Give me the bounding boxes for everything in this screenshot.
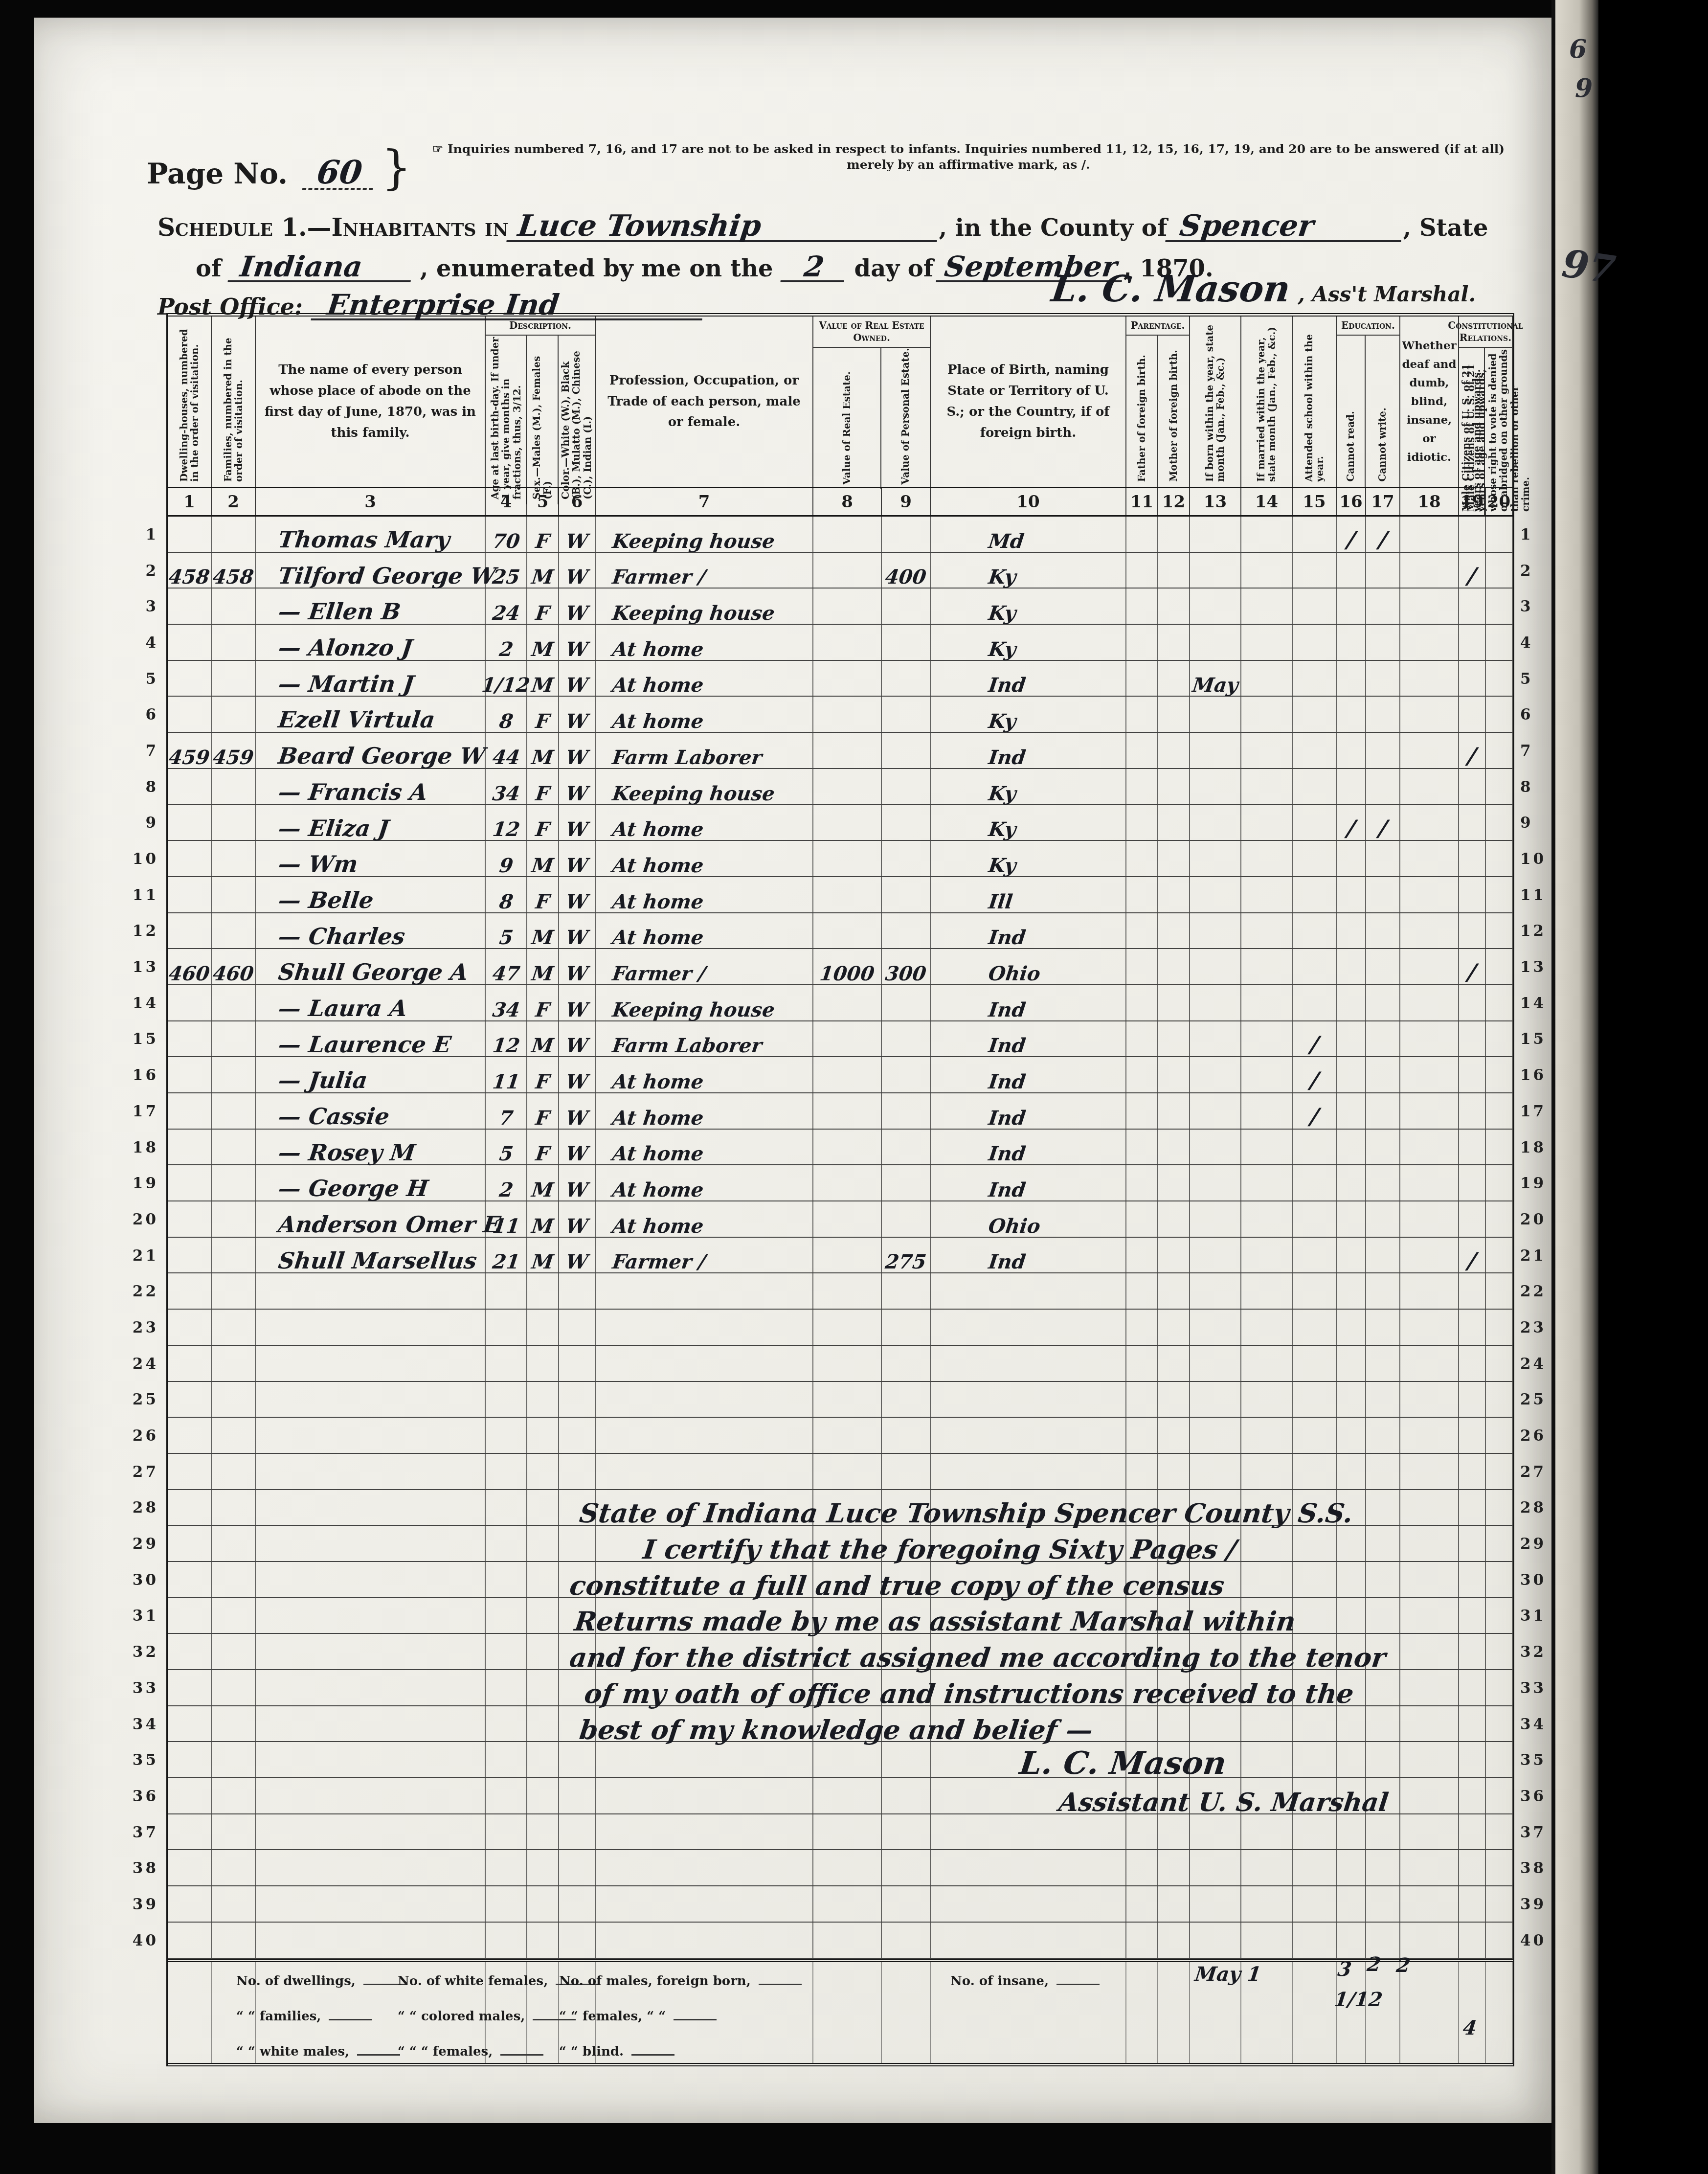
cell-r4-c8 (813, 625, 882, 660)
row-number-right-10: 10 (1517, 841, 1549, 877)
row-number-right-9: 9 (1517, 805, 1549, 841)
entry-value: / (1377, 818, 1388, 839)
cell-r36-c1 (168, 1778, 212, 1813)
entry-value: — George H (277, 1178, 429, 1200)
entry-value: At home (611, 676, 705, 695)
cell-r10-c4: 9 (486, 841, 527, 876)
cell-r19-c11 (1126, 1165, 1158, 1200)
cell-r11-c11 (1126, 877, 1158, 912)
table-row (168, 1273, 1513, 1310)
cell-r4-c20 (1486, 625, 1513, 660)
cell-r40-c13 (1190, 1923, 1241, 1958)
entry-value: 5 (498, 928, 514, 947)
cell-r26-c18 (1400, 1418, 1459, 1453)
cell-r6-c20 (1486, 697, 1513, 732)
edge-mark-97: 97 (1559, 241, 1618, 293)
cell-r5-c18 (1400, 661, 1459, 696)
cell-r2-c2: 458 (212, 553, 256, 588)
column-header-label: Value of Real Estate. (841, 371, 852, 485)
column-number-13: 13 (1190, 488, 1241, 515)
cell-r1-c1 (168, 517, 212, 552)
cell-r22-c14 (1241, 1273, 1293, 1309)
cell-r26-c8 (813, 1418, 882, 1453)
entry-value: W (565, 676, 589, 695)
entry-value: 460 (168, 965, 211, 983)
row-number-right-13: 13 (1517, 949, 1549, 985)
cell-r12-c8 (813, 913, 882, 949)
cell-r12-c18 (1400, 913, 1459, 949)
column-group-parentage: Parentage.Father of foreign birth.Mother… (1126, 317, 1190, 487)
column-header-7: Profession, Occupation, or Trade of each… (596, 317, 813, 487)
cell-r26-c15 (1293, 1418, 1337, 1453)
row-number-left-29: 29 (131, 1526, 162, 1562)
entry-value: 44 (491, 748, 520, 767)
cell-r17-c11 (1126, 1093, 1158, 1129)
cell-r1-c4: 70 (486, 517, 527, 552)
entry-value: / (1466, 746, 1477, 767)
row-number-left-39: 39 (131, 1886, 162, 1923)
cell-r23-c9 (882, 1310, 931, 1345)
cell-r13-c8: 1000 (813, 949, 882, 984)
cell-r39-c8 (813, 1886, 882, 1922)
entry-value: M (531, 1037, 555, 1055)
row-number-right-21: 21 (1517, 1238, 1549, 1274)
cell-r26-c20 (1486, 1418, 1513, 1453)
cell-r25-c20 (1486, 1382, 1513, 1417)
cell-r10-c12 (1158, 841, 1190, 876)
cell-r8-c17 (1366, 769, 1400, 804)
entry-value: F (535, 532, 551, 551)
cell-r2-c18 (1400, 553, 1459, 588)
cell-r19-c13 (1190, 1165, 1241, 1200)
cell-r20-c19 (1459, 1201, 1486, 1237)
table-row: — George H2MWAt homeInd (168, 1165, 1513, 1201)
entry-value: / (1466, 962, 1477, 983)
row-number-right-12: 12 (1517, 913, 1549, 950)
column-number-10: 10 (931, 488, 1126, 515)
cell-r12-c15 (1293, 913, 1337, 949)
cell-r23-c15 (1293, 1310, 1337, 1345)
table-row: — Francis A34FWKeeping houseKy (168, 769, 1513, 805)
entry-value: At home (611, 820, 705, 839)
entry-value: At home (611, 1109, 705, 1128)
table-row (168, 1886, 1513, 1923)
cell-r28-c3 (256, 1490, 486, 1525)
cell-r25-c2 (212, 1382, 256, 1417)
entry-value: W (565, 893, 589, 911)
cell-r37-c12 (1158, 1814, 1190, 1850)
entry-value: — Belle (277, 890, 375, 911)
cell-r7-c8 (813, 733, 882, 768)
cell-r9-c20 (1486, 805, 1513, 840)
cell-r18-c9 (882, 1130, 931, 1165)
column-header-label: Color.—White (W.), Black (B.), Mulatto (… (560, 336, 593, 499)
notice-line2: merely by an affirmative mark, as /. (430, 158, 1506, 172)
entry-value: At home (611, 928, 705, 947)
cell-r39-c18 (1400, 1886, 1459, 1922)
cell-r38-c3 (256, 1850, 486, 1885)
table-row: Anderson Omer E11MWAt homeOhio (168, 1201, 1513, 1238)
entry-value: W (565, 1073, 589, 1091)
table-row (168, 1454, 1513, 1490)
row-number-left-6: 6 (131, 697, 162, 733)
cell-r39-c14 (1241, 1886, 1293, 1922)
brace: } (382, 140, 411, 195)
cell-r21-c13 (1190, 1238, 1241, 1273)
cell-r13-c13 (1190, 949, 1241, 984)
table-row: Shull Marsellus21MWFarmer /275Ind/ (168, 1238, 1513, 1274)
column-number-11: 11 (1126, 488, 1158, 515)
cell-r23-c19 (1459, 1310, 1486, 1345)
cell-r38-c1 (168, 1850, 212, 1885)
cell-r5-c14 (1241, 661, 1293, 696)
column-number-7: 7 (596, 488, 813, 515)
cell-r3-c11 (1126, 589, 1158, 624)
cell-r9-c12 (1158, 805, 1190, 840)
column-header-20: Male Citizens of U. S. of 21 years of ag… (1485, 348, 1512, 517)
cell-r16-c19 (1459, 1057, 1486, 1092)
column-header-label: Cannot write. (1377, 408, 1388, 482)
cell-r7-c20 (1486, 733, 1513, 768)
cell-r13-c16 (1337, 949, 1366, 984)
cell-r22-c3 (256, 1273, 486, 1309)
row-number-left-22: 22 (131, 1273, 162, 1310)
entry-value: Ky (988, 820, 1017, 839)
cell-r24-c12 (1158, 1346, 1190, 1381)
row-number-right-2: 2 (1517, 553, 1549, 589)
cell-r12-c20 (1486, 913, 1513, 949)
cell-r16-c5: F (527, 1057, 559, 1092)
cell-r35-c2 (212, 1742, 256, 1777)
cell-r19-c8 (813, 1165, 882, 1200)
entry-value: Keeping house (611, 785, 776, 803)
cell-r10-c10: Ky (931, 841, 1126, 876)
cell-r12-c11 (1126, 913, 1158, 949)
cell-r17-c12 (1158, 1093, 1190, 1129)
cell-r14-c8 (813, 985, 882, 1020)
cell-r14-c11 (1126, 985, 1158, 1020)
row-number-left-1: 1 (131, 517, 162, 553)
cell-r8-c2 (212, 769, 256, 804)
cell-r17-c6: W (559, 1093, 596, 1129)
column-group-label: Value of Real Estate Owned. (813, 317, 930, 348)
entry-value: 5 (498, 1145, 514, 1163)
certification-text: best of my knowledge and belief — (578, 1718, 1094, 1743)
cell-r15-c3: — Laurence E (256, 1021, 486, 1057)
entry-value: / (1377, 529, 1388, 551)
cell-r15-c19 (1459, 1021, 1486, 1057)
cell-r21-c12 (1158, 1238, 1190, 1273)
row-number-left-2: 2 (131, 553, 162, 589)
column-header-label: Attended school within the year. (1303, 318, 1326, 482)
cell-r34-c4 (486, 1706, 527, 1742)
footer-cell-c17 (1366, 1962, 1400, 2063)
cell-r20-c1 (168, 1201, 212, 1237)
cell-r6-c3: Ezell Virtula (256, 697, 486, 732)
footer-label: “ “ white males, (236, 2044, 400, 2059)
entry-value: / (1309, 1106, 1320, 1128)
row-number-left-12: 12 (131, 913, 162, 950)
cell-r4-c3: — Alonzo J (256, 625, 486, 660)
cell-r40-c14 (1241, 1923, 1293, 1958)
edge-mark-6: 6 (1569, 34, 1587, 64)
cell-r15-c13 (1190, 1021, 1241, 1057)
cell-r19-c14 (1241, 1165, 1293, 1200)
cell-r40-c3 (256, 1923, 486, 1958)
cell-r40-c1 (168, 1923, 212, 1958)
cell-r37-c8 (813, 1814, 882, 1850)
cell-r25-c13 (1190, 1382, 1241, 1417)
cell-r20-c16 (1337, 1201, 1366, 1237)
cell-r39-c20 (1486, 1886, 1513, 1922)
cell-r1-c19 (1459, 517, 1486, 552)
cell-r10-c13 (1190, 841, 1241, 876)
cell-r21-c19: / (1459, 1238, 1486, 1273)
cell-r23-c18 (1400, 1310, 1459, 1345)
cell-r12-c4: 5 (486, 913, 527, 949)
cell-r19-c5: M (527, 1165, 559, 1200)
entry-value: / (1346, 818, 1356, 839)
cell-r25-c15 (1293, 1382, 1337, 1417)
cell-r24-c6 (559, 1346, 596, 1381)
cell-r23-c3 (256, 1310, 486, 1345)
cell-r10-c11 (1126, 841, 1158, 876)
entry-value: 458 (168, 568, 211, 587)
cell-r8-c5: F (527, 769, 559, 804)
cell-r37-c9 (882, 1814, 931, 1850)
cell-r17-c13 (1190, 1093, 1241, 1129)
row-number-left-27: 27 (131, 1454, 162, 1490)
table-row (168, 1310, 1513, 1346)
cell-r38-c5 (527, 1850, 559, 1885)
cell-r39-c16 (1337, 1886, 1366, 1922)
cell-r6-c6: W (559, 697, 596, 732)
cell-r1-c18 (1400, 517, 1459, 552)
cell-r37-c14 (1241, 1814, 1293, 1850)
entry-value: Ind (988, 748, 1027, 767)
cell-r21-c18 (1400, 1238, 1459, 1273)
footer-blank-line (631, 2051, 674, 2056)
row-number-right-18: 18 (1517, 1130, 1549, 1166)
cell-r38-c11 (1126, 1850, 1158, 1885)
cell-r14-c17 (1366, 985, 1400, 1020)
cell-r11-c17 (1366, 877, 1400, 912)
column-group-subcolumns: Age at last birth-day. If under 1 year, … (486, 336, 595, 504)
entry-value: At home (611, 857, 705, 875)
column-header-label: Cannot read. (1345, 411, 1356, 482)
cell-r3-c10: Ky (931, 589, 1126, 624)
row-number-left-8: 8 (131, 769, 162, 805)
cell-r3-c2 (212, 589, 256, 624)
row-number-right-26: 26 (1517, 1418, 1549, 1454)
cell-r1-c13 (1190, 517, 1241, 552)
cell-r17-c19 (1459, 1093, 1486, 1129)
cell-r16-c6: W (559, 1057, 596, 1092)
entry-value: 8 (498, 712, 514, 731)
entry-value: Keeping house (611, 532, 776, 551)
cell-r34-c2 (212, 1706, 256, 1742)
cell-r1-c17: / (1366, 517, 1400, 552)
cell-r12-c10: Ind (931, 913, 1126, 949)
cell-r8-c3: — Francis A (256, 769, 486, 804)
certification-text: of my oath of office and instructions re… (583, 1681, 1355, 1706)
footer-cell-c18 (1400, 1962, 1459, 2063)
cell-r3-c12 (1158, 589, 1190, 624)
cell-r1-c6: W (559, 517, 596, 552)
entry-value: M (531, 676, 555, 695)
cell-r10-c14 (1241, 841, 1293, 876)
cell-r40-c16 (1337, 1923, 1366, 1958)
cell-r1-c16: / (1337, 517, 1366, 552)
cell-r22-c12 (1158, 1273, 1190, 1309)
cell-r6-c9 (882, 697, 931, 732)
cell-r9-c14 (1241, 805, 1293, 840)
cell-r27-c20 (1486, 1454, 1513, 1489)
cell-r17-c17 (1366, 1093, 1400, 1129)
cell-r32-c2 (212, 1634, 256, 1669)
cell-r19-c15 (1293, 1165, 1337, 1200)
cell-r5-c15 (1293, 661, 1337, 696)
cell-r17-c15: / (1293, 1093, 1337, 1129)
table-row: — Alonzo J2MWAt homeKy (168, 625, 1513, 661)
cell-r38-c4 (486, 1850, 527, 1885)
cell-r7-c15 (1293, 733, 1337, 768)
cell-r20-c10: Ohio (931, 1201, 1126, 1237)
entry-value: At home (611, 712, 705, 731)
cell-r6-c18 (1400, 697, 1459, 732)
cell-r24-c20 (1486, 1346, 1513, 1381)
entry-value: / (1346, 529, 1356, 551)
cell-r24-c3 (256, 1346, 486, 1381)
certification-line: Returns made by me as assistant Marshal … (570, 1598, 1548, 1634)
cell-r7-c13 (1190, 733, 1241, 768)
cell-r14-c1 (168, 985, 212, 1020)
cell-r16-c1 (168, 1057, 212, 1092)
cell-r24-c17 (1366, 1346, 1400, 1381)
line2-mid: , enumerated by me on the (420, 255, 773, 282)
table-row: — Rosey M5FWAt homeInd (168, 1130, 1513, 1166)
cell-r20-c14 (1241, 1201, 1293, 1237)
cell-r25-c9 (882, 1382, 931, 1417)
cell-r4-c18 (1400, 625, 1459, 660)
cell-r22-c11 (1126, 1273, 1158, 1309)
cell-r1-c15 (1293, 517, 1337, 552)
cell-r5-c2 (212, 661, 256, 696)
row-number-left-10: 10 (131, 841, 162, 877)
cell-r27-c6 (559, 1454, 596, 1489)
cell-r13-c12 (1158, 949, 1190, 984)
cell-r16-c11 (1126, 1057, 1158, 1092)
cell-r26-c19 (1459, 1418, 1486, 1453)
table-row: — Martin J1/12MWAt homeIndMay (168, 661, 1513, 697)
cell-r10-c3: — Wm (256, 841, 486, 876)
cell-r23-c5 (527, 1310, 559, 1345)
column-header-label: Dwelling-houses, numbered in the order o… (179, 318, 201, 482)
table-row: — Laurence E12MWFarm LaborerInd/ (168, 1021, 1513, 1058)
cell-r12-c17 (1366, 913, 1400, 949)
cell-r7-c7: Farm Laborer (596, 733, 813, 768)
cell-r22-c10 (931, 1273, 1126, 1309)
entry-value: — Wm (277, 854, 359, 875)
table-row (168, 1814, 1513, 1851)
entry-value: M (531, 640, 555, 659)
row-number-left-26: 26 (131, 1418, 162, 1454)
marshal-line: L. C. Mason , Ass't Marshal. (1052, 272, 1476, 306)
certification-text: Returns made by me as assistant Marshal … (573, 1609, 1297, 1634)
cell-r26-c7 (596, 1418, 813, 1453)
table-row: Ezell Virtula8FWAt homeKy (168, 697, 1513, 733)
cell-r2-c9: 400 (882, 553, 931, 588)
cell-r4-c13 (1190, 625, 1241, 660)
cell-r13-c18 (1400, 949, 1459, 984)
cell-r25-c17 (1366, 1382, 1400, 1417)
table-header: Dwelling-houses, numbered in the order o… (168, 313, 1513, 488)
cell-r2-c14 (1241, 553, 1293, 588)
cell-r27-c7 (596, 1454, 813, 1489)
cell-r3-c13 (1190, 589, 1241, 624)
entry-value: M (531, 1253, 555, 1271)
cell-r26-c12 (1158, 1418, 1190, 1453)
cell-r4-c15 (1293, 625, 1337, 660)
footer-blank-line (1056, 1981, 1100, 1985)
column-group-label: Parentage. (1126, 317, 1189, 336)
pointing-hand-icon: ☞ (432, 142, 443, 156)
cell-r30-c2 (212, 1562, 256, 1597)
column-group-label: Constitutional Relations. (1459, 317, 1512, 348)
cell-r38-c16 (1337, 1850, 1366, 1885)
entry-value: M (531, 748, 555, 767)
row-number-right-3: 3 (1517, 589, 1549, 625)
certification-text: I certify that the foregoing Sixty Pages… (642, 1537, 1238, 1562)
cell-r14-c13 (1190, 985, 1241, 1020)
cell-r22-c20 (1486, 1273, 1513, 1309)
cell-r30-c1 (168, 1562, 212, 1597)
cell-r10-c6: W (559, 841, 596, 876)
cell-r27-c2 (212, 1454, 256, 1489)
cell-r1-c7: Keeping house (596, 517, 813, 552)
cell-r28-c1 (168, 1490, 212, 1525)
cell-r1-c8 (813, 517, 882, 552)
cell-r18-c7: At home (596, 1130, 813, 1165)
cell-r21-c1 (168, 1238, 212, 1273)
cell-r5-c16 (1337, 661, 1366, 696)
row-number-right-19: 19 (1517, 1165, 1549, 1201)
entry-value: Md (988, 532, 1025, 551)
cell-r8-c12 (1158, 769, 1190, 804)
cell-r27-c16 (1337, 1454, 1366, 1489)
cell-r37-c7 (596, 1814, 813, 1850)
cell-r6-c17 (1366, 697, 1400, 732)
cell-r11-c7: At home (596, 877, 813, 912)
table-row: — Laura A34FWKeeping houseInd (168, 985, 1513, 1021)
row-number-left-13: 13 (131, 949, 162, 985)
cell-r18-c19 (1459, 1130, 1486, 1165)
notice-block: ☞ Inquiries numbered 7, 16, and 17 are n… (430, 141, 1506, 172)
cell-r25-c3 (256, 1382, 486, 1417)
row-number-left-7: 7 (131, 733, 162, 769)
column-number-2: 2 (212, 488, 256, 515)
cell-r25-c10 (931, 1382, 1126, 1417)
cell-r16-c10: Ind (931, 1057, 1126, 1092)
cell-r6-c7: At home (596, 697, 813, 732)
row-number-right-16: 16 (1517, 1057, 1549, 1093)
cell-r37-c2 (212, 1814, 256, 1850)
cell-r28-c2 (212, 1490, 256, 1525)
cell-r27-c19 (1459, 1454, 1486, 1489)
cell-r11-c1 (168, 877, 212, 912)
cell-r14-c6: W (559, 985, 596, 1020)
cell-r37-c15 (1293, 1814, 1337, 1850)
